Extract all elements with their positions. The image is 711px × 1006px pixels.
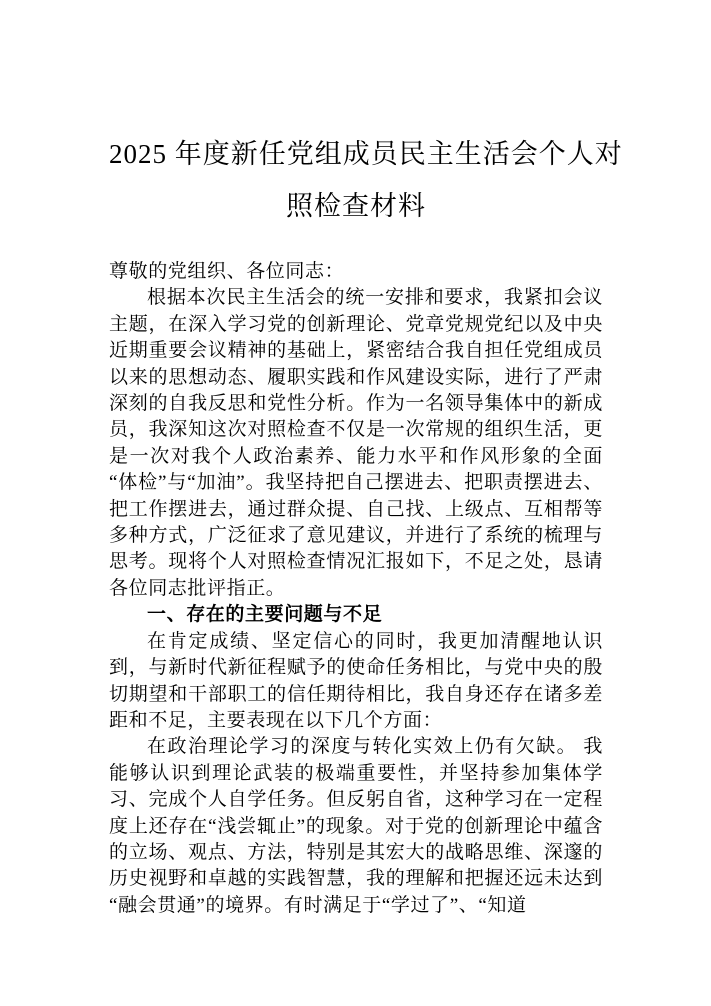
salutation-line: 尊敬的党组织、各位同志： [109, 259, 603, 285]
document-body: 尊敬的党组织、各位同志： 根据本次民主生活会的统一安排和要求，我紧扣会议主题，在… [109, 259, 603, 919]
document-title: 2025 年度新任党组成员民主生活会个人对 照检查材料 [109, 0, 603, 232]
section-1-heading: 一、存在的主要问题与不足 [109, 602, 603, 628]
document-page: 2025 年度新任党组成员民主生活会个人对 照检查材料 尊敬的党组织、各位同志：… [0, 0, 711, 1006]
title-line-2: 照检查材料 [109, 180, 603, 232]
section-1-issue-paragraph: 在政治理论学习的深度与转化实效上仍有欠缺。 我能够认识到理论武装的极端重要性，并… [109, 734, 603, 919]
intro-paragraph: 根据本次民主生活会的统一安排和要求，我紧扣会议主题，在深入学习党的创新理论、党章… [109, 285, 603, 602]
section-1-lead-paragraph: 在肯定成绩、坚定信心的同时，我更加清醒地认识到，与新时代新征程赋予的使命任务相比… [109, 629, 603, 735]
title-line-1: 2025 年度新任党组成员民主生活会个人对 [109, 128, 603, 180]
